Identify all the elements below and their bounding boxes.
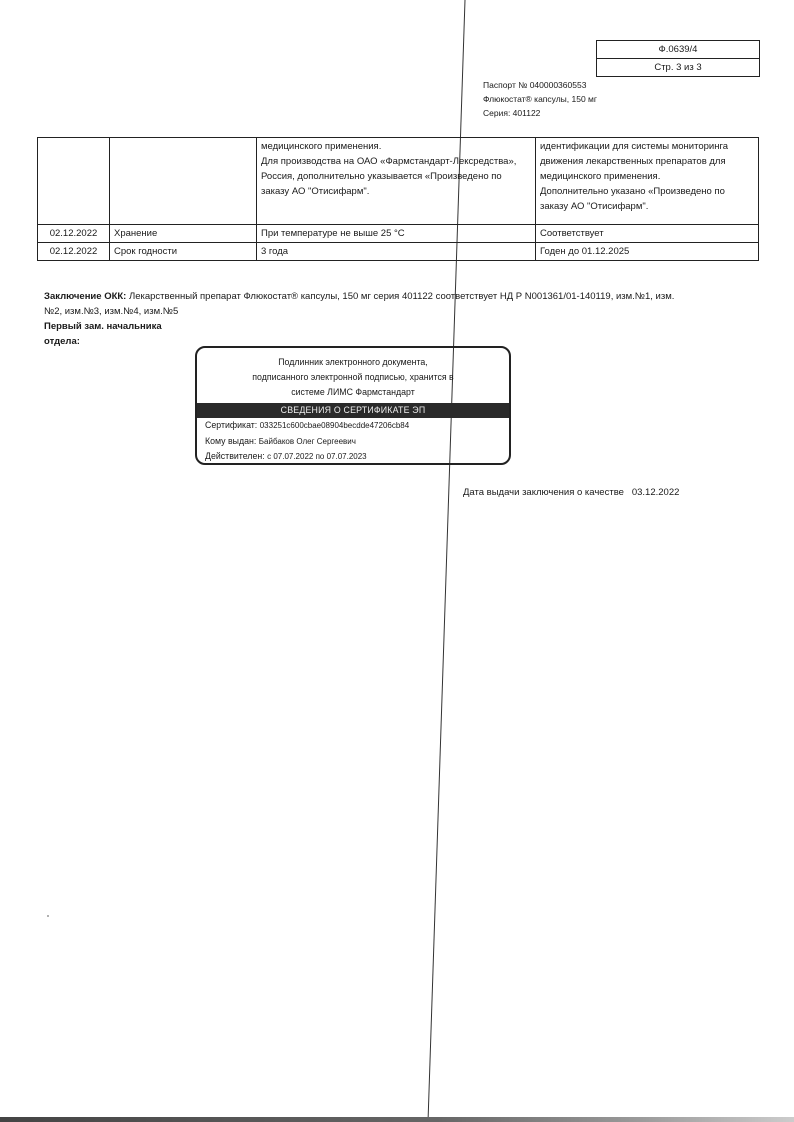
cell-date	[38, 138, 110, 225]
conclusion-text: Лекарственный препарат Флюкостат® капсул…	[44, 291, 674, 317]
issue-date-value: 03.12.2022	[632, 487, 680, 498]
stamp-original-note: Подлинник электронного документа, подпис…	[197, 355, 509, 400]
table-row: медицинского применения. Для производств…	[38, 138, 759, 225]
validity-value: с 07.07.2022 по 07.07.2023	[267, 452, 367, 461]
conclusion-label: Заключение ОКК:	[44, 291, 126, 302]
cell-parameter: Срок годности	[110, 243, 257, 261]
cell-result: Годен до 01.12.2025	[536, 243, 759, 261]
signer-title: Первый зам. начальника	[44, 321, 162, 332]
issue-date-label: Дата выдачи заключения о качестве	[463, 487, 624, 498]
table-row: 02.12.2022 Срок годности 3 года Годен до…	[38, 243, 759, 261]
cell-date: 02.12.2022	[38, 243, 110, 261]
qc-conclusion: Заключение ОКК: Лекарственный препарат Ф…	[44, 289, 684, 349]
signer-department: отдела:	[44, 336, 80, 347]
series-number: Серия: 401122	[483, 106, 597, 120]
cell-requirement: При температуре не выше 25 °С	[257, 225, 536, 243]
issued-to-row: Кому выдан: Байбаков Олег Сергеевич	[197, 434, 509, 450]
validity-label: Действителен:	[205, 451, 265, 461]
stamp-line: Подлинник электронного документа,	[197, 355, 509, 370]
cell-result: Соответствует	[536, 225, 759, 243]
form-code-box: Ф.0639/4 Стр. 3 из 3	[596, 40, 760, 77]
table-row: 02.12.2022 Хранение При температуре не в…	[38, 225, 759, 243]
quality-table: медицинского применения. Для производств…	[37, 137, 759, 261]
scan-speck	[47, 915, 49, 917]
certificate-label: Сертификат:	[205, 420, 257, 430]
electronic-signature-stamp: Подлинник электронного документа, подпис…	[195, 346, 511, 465]
issued-to-value: Байбаков Олег Сергеевич	[259, 437, 356, 446]
scan-bottom-edge	[0, 1117, 794, 1122]
cell-parameter: Хранение	[110, 225, 257, 243]
page-number: Стр. 3 из 3	[597, 58, 759, 76]
certificate-id-row: Сертификат: 033251c600cbae08904becdde472…	[197, 418, 509, 434]
issued-to-label: Кому выдан:	[205, 436, 256, 446]
cell-result: идентификации для системы мониторинга дв…	[536, 138, 759, 225]
passport-header: Паспорт № 040000360553 Флюкостат® капсул…	[483, 78, 597, 120]
passport-number: Паспорт № 040000360553	[483, 78, 597, 92]
certificate-banner: СВЕДЕНИЯ О СЕРТИФИКАТЕ ЭП	[197, 403, 509, 418]
certificate-value: 033251c600cbae08904becdde47206cb84	[260, 421, 409, 430]
cell-requirement: 3 года	[257, 243, 536, 261]
form-code: Ф.0639/4	[597, 41, 759, 58]
cell-requirement: медицинского применения. Для производств…	[257, 138, 536, 225]
issue-date: Дата выдачи заключения о качестве 03.12.…	[463, 487, 679, 498]
validity-row: Действителен: с 07.07.2022 по 07.07.2023	[197, 449, 509, 465]
cell-parameter	[110, 138, 257, 225]
product-name: Флюкостат® капсулы, 150 мг	[483, 92, 597, 106]
cell-date: 02.12.2022	[38, 225, 110, 243]
stamp-line: системе ЛИМС Фармстандарт	[197, 385, 509, 400]
stamp-line: подписанного электронной подписью, храни…	[197, 370, 509, 385]
